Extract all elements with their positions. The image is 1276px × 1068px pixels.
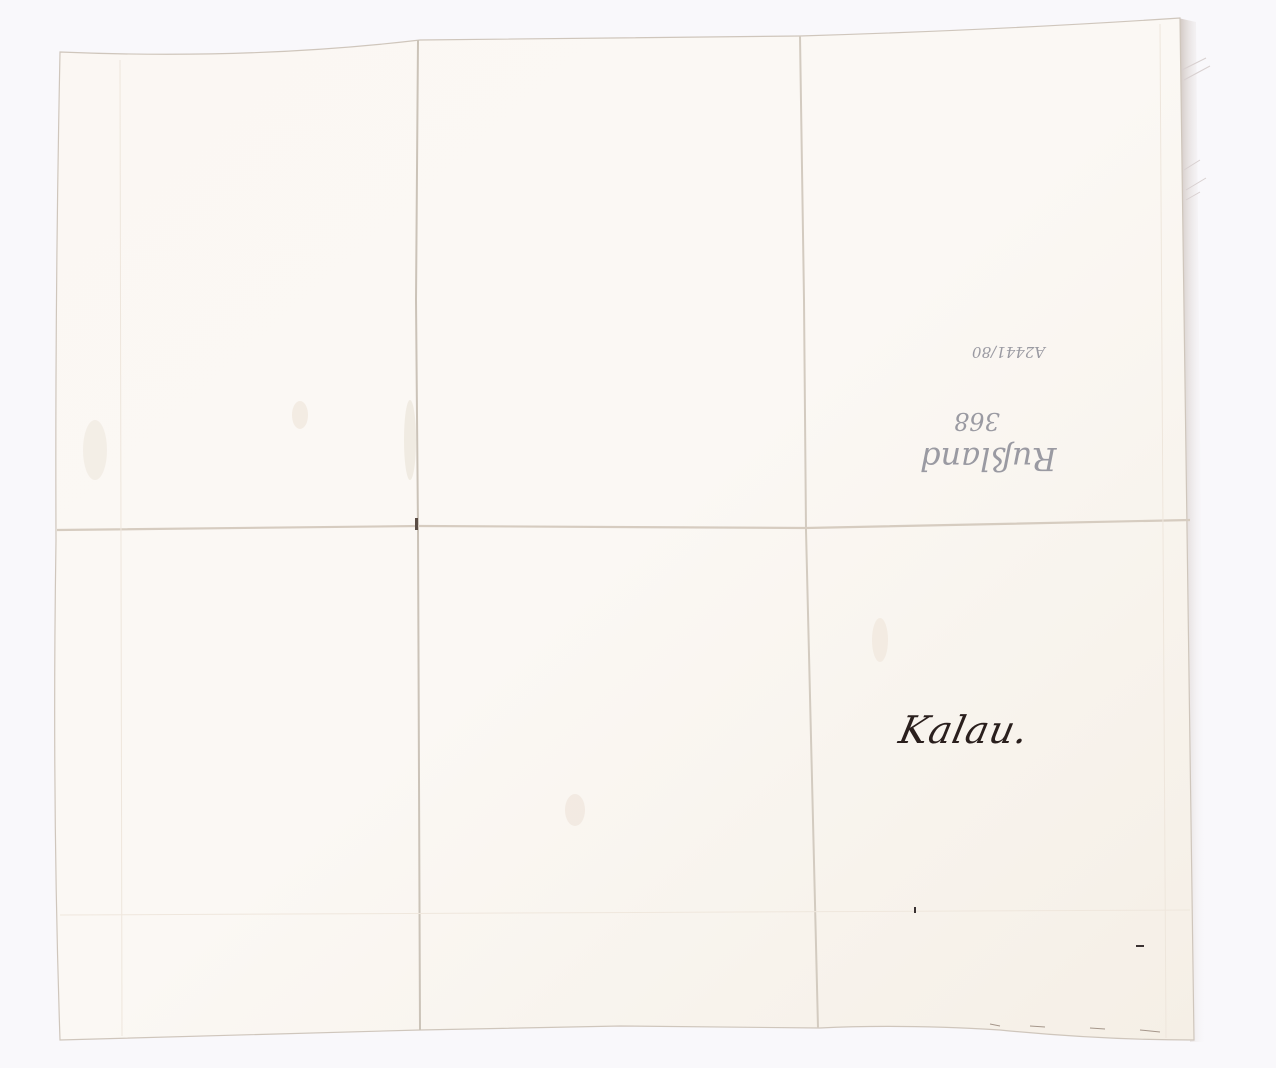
- map-sheet-back: A2441/80 368 Rußland Kalau.: [0, 0, 1276, 1068]
- pencil-catalog-number: A2441/80: [972, 343, 1045, 361]
- pencil-sheet-number: 368: [954, 407, 1000, 435]
- paper-sheet: [0, 0, 1276, 1068]
- map-title-handwritten: Kalau.: [895, 708, 1033, 752]
- pencil-region-name: Rußland: [920, 440, 1056, 478]
